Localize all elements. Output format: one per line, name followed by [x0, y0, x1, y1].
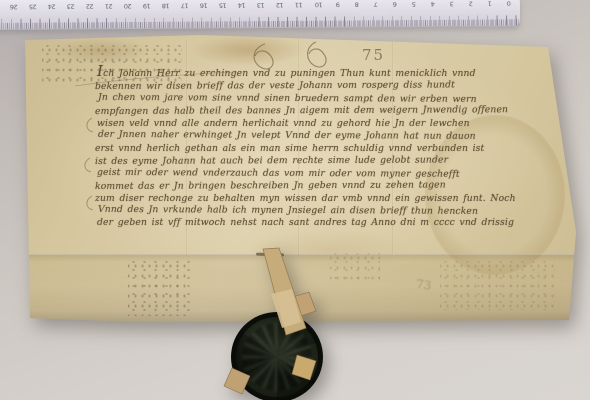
- ruler-number: 22: [83, 2, 97, 10]
- ruler-number: 11: [292, 1, 306, 9]
- ruler-number: 0: [502, 0, 516, 7]
- ruler-number: 5: [407, 0, 421, 8]
- ruler-number: 23: [64, 2, 78, 10]
- ruler-number: 20: [121, 2, 135, 10]
- ruler-number: 4: [426, 0, 440, 8]
- ruler-number: 19: [140, 2, 154, 10]
- ruler-number: 15: [216, 1, 230, 9]
- flourish: [308, 42, 326, 67]
- parchment-sheet: Ich Johann Herr zu erchingen vnd zu puni…: [0, 0, 590, 400]
- parchment-shadow-wrap: Ich Johann Herr zu erchingen vnd zu puni…: [0, 0, 590, 400]
- ruler: 2625242322212019181716151413121110987654…: [0, 0, 520, 30]
- flourish: [254, 44, 273, 69]
- ruler-number: 25: [26, 3, 40, 11]
- ruler-number: 26: [7, 3, 21, 11]
- ruler-number: 18: [159, 2, 173, 10]
- ruler-number: 12: [273, 1, 287, 9]
- ruler-number: 21: [102, 2, 116, 10]
- margin-hook: [87, 118, 93, 132]
- ruler-number: 7: [369, 0, 383, 8]
- photo-of-charter: Ich Johann Herr zu erchingen vnd zu puni…: [0, 0, 590, 400]
- ruler-number: 10: [311, 1, 325, 9]
- margin-hook: [85, 158, 91, 172]
- ruler-number: 17: [178, 2, 192, 10]
- ink-flourishes: [0, 0, 590, 400]
- margin-hook: [87, 196, 93, 210]
- ruler-number: 1: [483, 0, 497, 8]
- ruler-number: 24: [45, 3, 59, 11]
- ruler-number: 14: [235, 1, 249, 9]
- ruler-number: 3: [445, 0, 459, 8]
- faint-pen-line: [75, 72, 237, 86]
- ruler-number: 8: [350, 0, 364, 8]
- ruler-number: 13: [254, 1, 268, 9]
- ruler-number: 2: [464, 0, 478, 8]
- ruler-number: 9: [330, 1, 344, 9]
- ruler-number: 6: [388, 0, 402, 8]
- ruler-number: 16: [197, 1, 211, 9]
